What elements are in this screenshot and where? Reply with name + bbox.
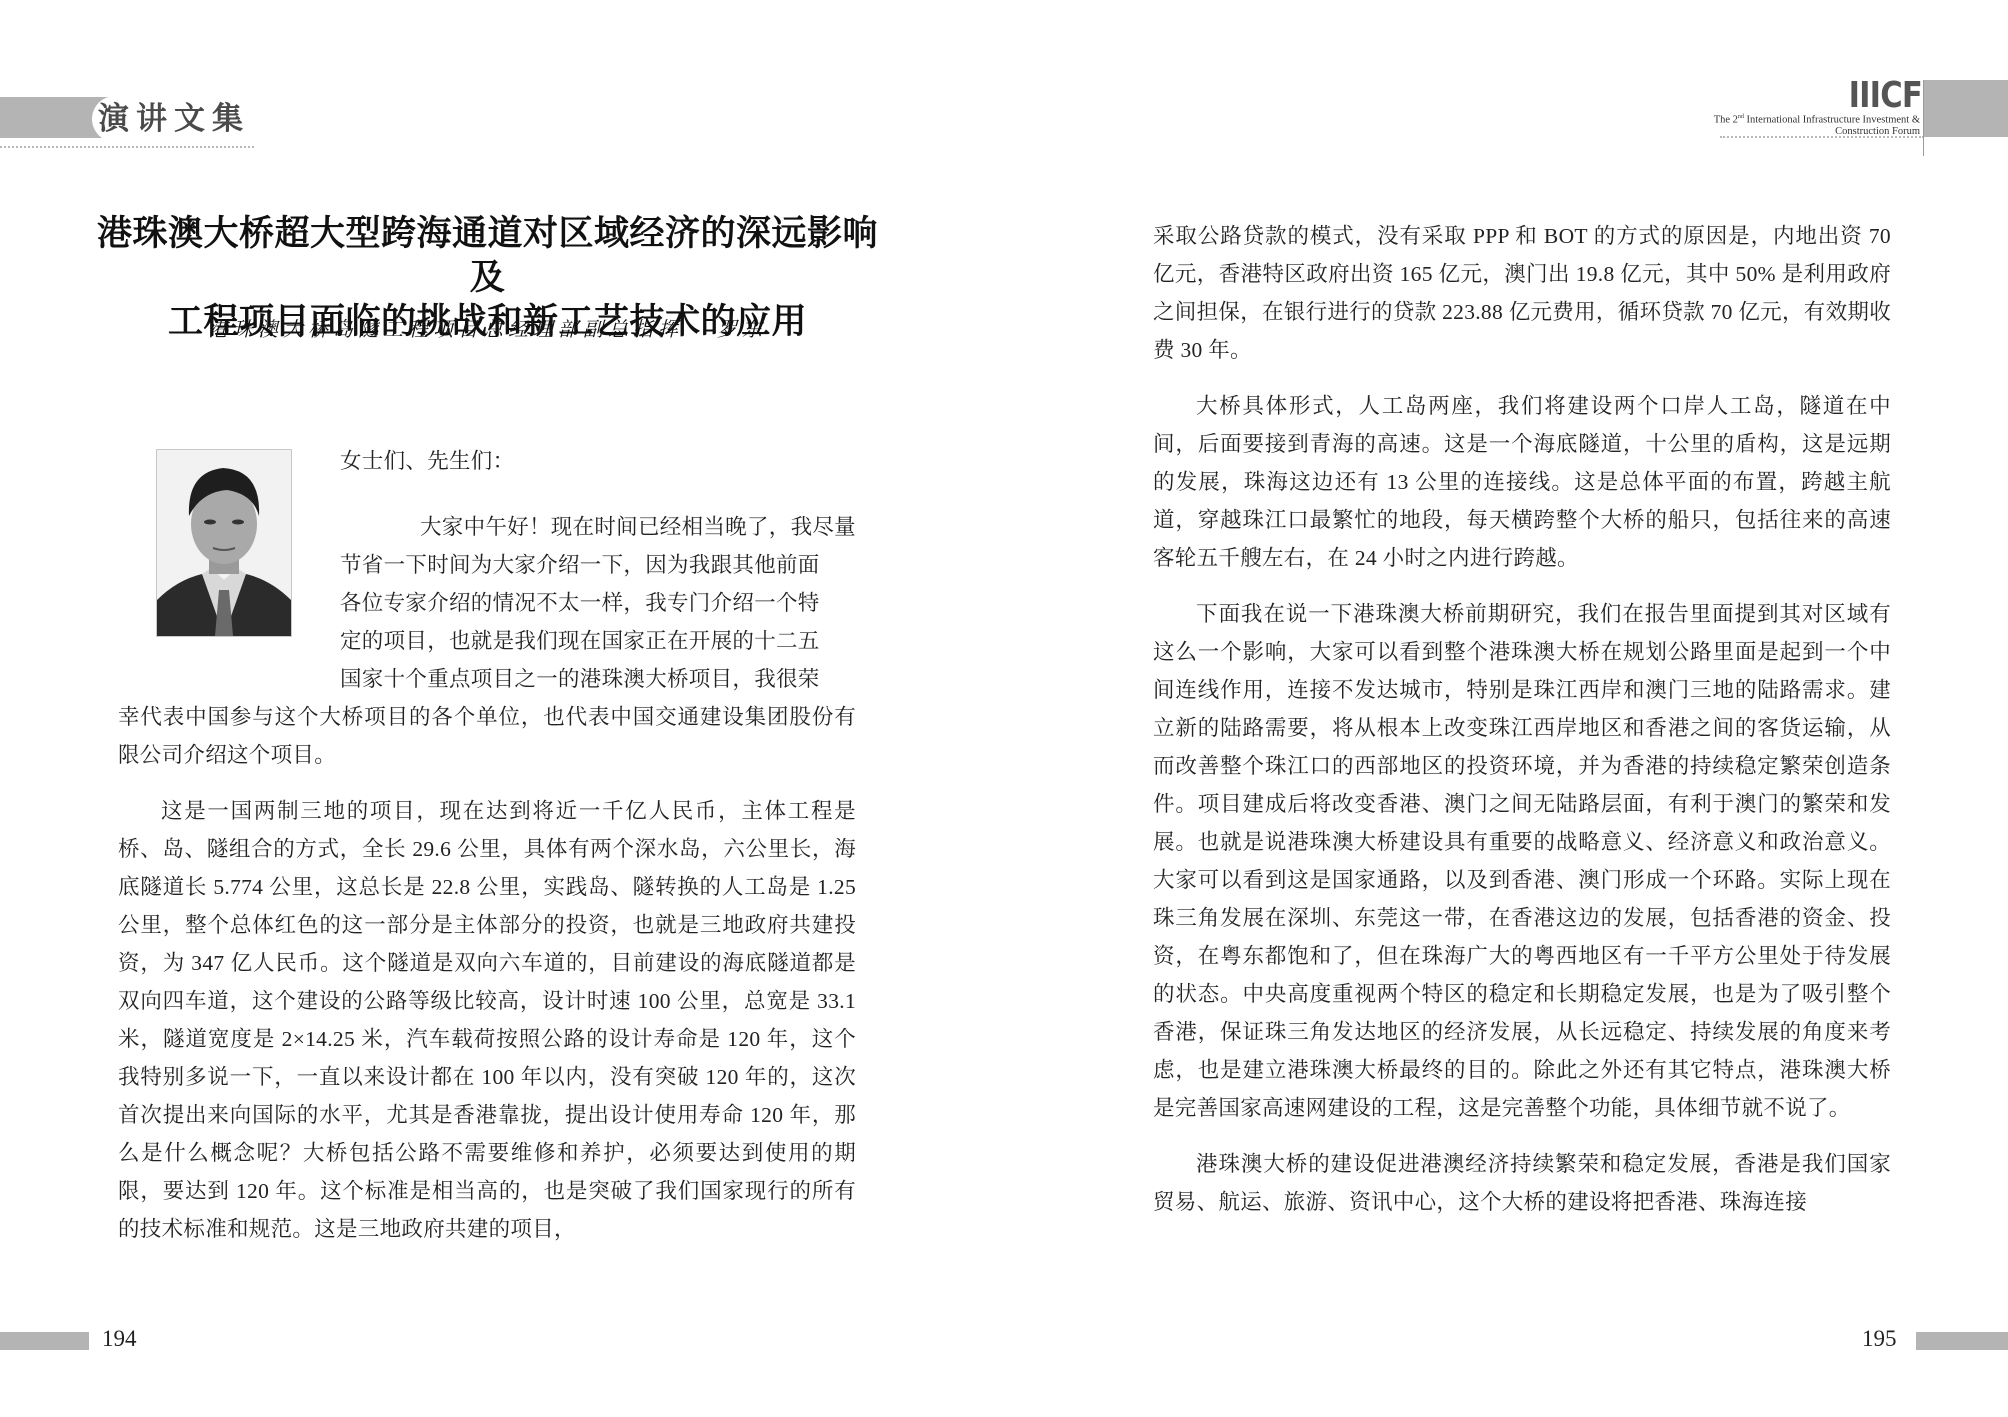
text-line: 大家中午好！现在时间已经相当晚了，我尽量 <box>340 508 856 546</box>
article-title-line1: 港珠澳大桥超大型跨海通道对区域经济的深远影响及 <box>90 212 885 300</box>
paragraph-financing: 采取公路贷款的模式，没有采取 PPP 和 BOT 的方式的原因是，内地出资 70… <box>1153 217 1891 369</box>
paragraph-intro-wrapped: 大家中午好！现在时间已经相当晚了，我尽量 节省一下时间为大家介绍一下，因为我跟其… <box>340 508 856 698</box>
author-name: 罗东 <box>717 317 767 341</box>
header-right-divider <box>1720 136 1924 140</box>
footer-left-bar <box>0 1332 89 1350</box>
right-page-body: 采取公路贷款的模式，没有采取 PPP 和 BOT 的方式的原因是，内地出资 70… <box>1153 217 1891 1221</box>
paragraph-bridge-form: 大桥具体形式，人工岛两座，我们将建设两个口岸人工岛，隧道在中间，后面要接到青海的… <box>1153 387 1891 577</box>
author-role: 港珠澳大桥岛隧工程项目总经理部副总指挥 <box>208 317 683 341</box>
paragraph-regional-impact: 下面我在说一下港珠澳大桥前期研究，我们在报告里面提到其对区域有这么一个影响，大家… <box>1153 595 1891 1127</box>
article-byline: 港珠澳大桥岛隧工程项目总经理部副总指挥罗东 <box>90 313 885 342</box>
forum-subtitle-line1: International Infrastructure Investment … <box>1744 115 1920 126</box>
left-page-body: 大家中午好！现在时间已经相当晚了，我尽量 节省一下时间为大家介绍一下，因为我跟其… <box>118 440 856 1248</box>
header-left-divider <box>0 146 254 150</box>
text-line: 节省一下时间为大家介绍一下，因为我跟其他前面 <box>340 546 856 584</box>
text-line: 定的项目，也就是我们现在国家正在开展的十二五 <box>340 622 856 660</box>
page-number-right: 195 <box>1862 1326 1897 1352</box>
footer-right-bar <box>1916 1332 2008 1350</box>
forum-subtitle-prefix: The 2 <box>1714 115 1738 126</box>
text-line: 各位专家介绍的情况不太一样，我专门介绍一个特 <box>340 584 856 622</box>
page-number-left: 194 <box>102 1326 137 1352</box>
section-title: 演讲文集 <box>98 97 250 141</box>
header-right-gray-box <box>1924 80 2008 137</box>
paragraph-project-overview: 这是一国两制三地的项目，现在达到将近一千亿人民币，主体工程是桥、岛、隧组合的方式… <box>118 792 856 1248</box>
forum-logo: IIICF <box>1849 78 1920 114</box>
forum-subtitle: The 2nd International Infrastructure Inv… <box>1640 112 1920 138</box>
paragraph-hk-macau-economy: 港珠澳大桥的建设促进港澳经济持续繁荣和稳定发展，香港是我们国家贸易、航运、旅游、… <box>1153 1145 1891 1221</box>
text-line: 国家十个重点项目之一的港珠澳大桥项目，我很荣 <box>340 660 856 698</box>
paragraph-intro-rest: 幸代表中国参与这个大桥项目的各个单位，也代表中国交通建设集团股份有限公司介绍这个… <box>118 698 856 774</box>
